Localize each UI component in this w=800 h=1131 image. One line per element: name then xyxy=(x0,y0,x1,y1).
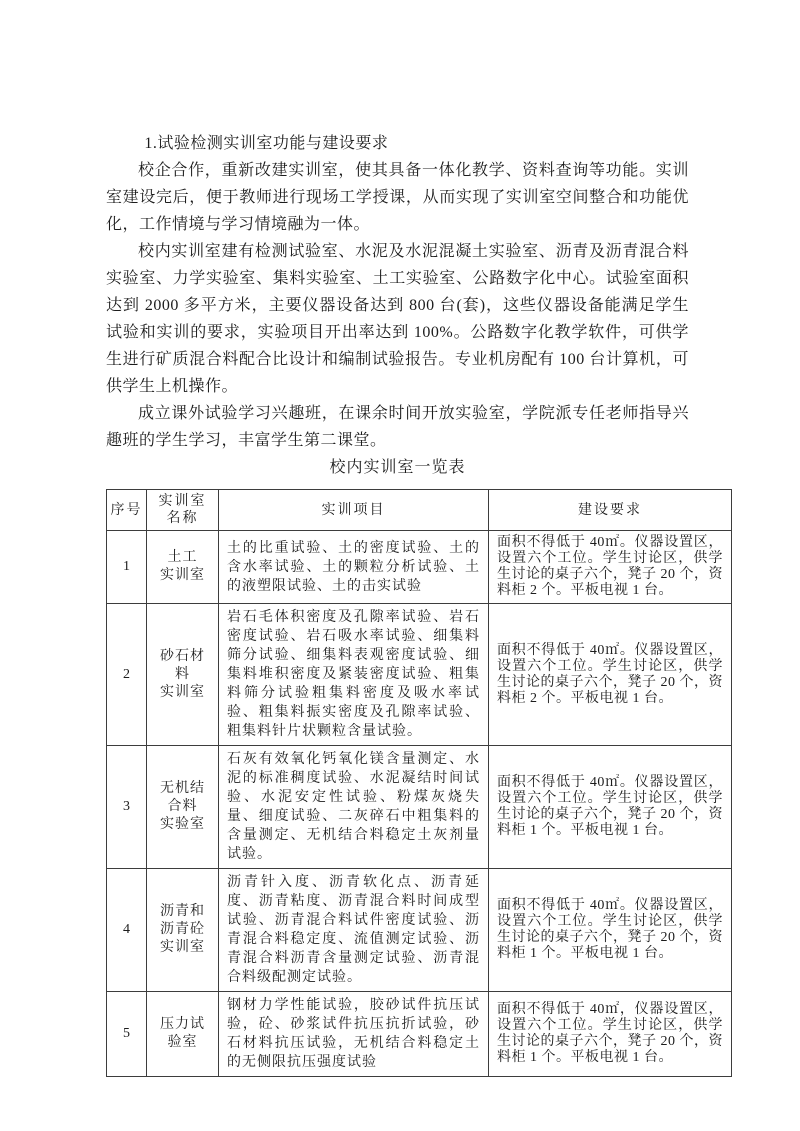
room-name: 无机结 合料 实验室 xyxy=(147,746,219,869)
room-requirements: 面积不得低于 40㎡。仪器设置区，设置六个工位。学生讨论区，供学生讨论的桌子六个… xyxy=(489,604,732,746)
document-page: 1.试验检测实训室功能与建设要求 校企合作，重新改建实训室，使其具备一体化教学、… xyxy=(0,0,800,1131)
col-header-projects: 实训项目 xyxy=(219,490,489,531)
room-requirements: 面积不得低于 40㎡，仪器设置区，设置六个工位。学生讨论区，供学生讨论的桌子六个… xyxy=(489,992,732,1077)
row-index: 3 xyxy=(107,746,147,869)
room-requirements: 面积不得低于 40㎡。仪器设置区，设置六个工位。学生讨论区，供学生讨论的桌子六个… xyxy=(489,531,732,604)
paragraph-interest-class: 成立课外试验学习兴趣班，在课余时间开放实验室，学院派专任老师指导兴趣班的学生学习… xyxy=(106,400,689,454)
room-projects: 沥青针入度、沥青软化点、沥青延度、沥青粘度、沥青混合料时间成型试验、沥青混合料试… xyxy=(219,869,489,992)
paragraph-intro: 校企合作，重新改建实训室，使其具备一体化教学、资料查询等功能。实训室建设完后，便… xyxy=(106,157,689,238)
table-row: 5 压力试 验室 钢材力学性能试验，胶砂试件抗压试验，砼、砂浆试件抗压抗折试验，… xyxy=(107,992,732,1077)
training-rooms-table: 序号 实训室 名称 实训项目 建设要求 1 土工 实训室 土的比重试验、土的密度… xyxy=(106,489,732,1077)
room-requirements: 面积不得低于 40㎡。仪器设置区，设置六个工位。学生讨论区，供学生讨论的桌子六个… xyxy=(489,869,732,992)
row-index: 4 xyxy=(107,869,147,992)
room-name: 砂石材 料 实训室 xyxy=(147,604,219,746)
room-projects: 岩石毛体积密度及孔隙率试验、岩石密度试验、岩石吸水率试验、细集料筛分试验、细集料… xyxy=(219,604,489,746)
table-row: 3 无机结 合料 实验室 石灰有效氧化钙氧化镁含量测定、水泥的标准稠度试验、水泥… xyxy=(107,746,732,869)
room-projects: 钢材力学性能试验，胶砂试件抗压试验，砼、砂浆试件抗压抗折试验，砂石材料抗压试验，… xyxy=(219,992,489,1077)
table-row: 2 砂石材 料 实训室 岩石毛体积密度及孔隙率试验、岩石密度试验、岩石吸水率试验… xyxy=(107,604,732,746)
col-header-index: 序号 xyxy=(107,490,147,531)
room-name: 沥青和 沥青砼 实训室 xyxy=(147,869,219,992)
room-name: 土工 实训室 xyxy=(147,531,219,604)
room-projects: 土的比重试验、土的密度试验、土的含水率试验、土的颗粒分析试验、土的液塑限试验、土… xyxy=(219,531,489,604)
table-row: 4 沥青和 沥青砼 实训室 沥青针入度、沥青软化点、沥青延度、沥青粘度、沥青混合… xyxy=(107,869,732,992)
col-header-room-name: 实训室 名称 xyxy=(147,490,219,531)
room-requirements: 面积不得低于 40㎡。仪器设置区，设置六个工位。学生讨论区，供学生讨论的桌子六个… xyxy=(489,746,732,869)
row-index: 1 xyxy=(107,531,147,604)
table-title: 校内实训室一览表 xyxy=(106,454,689,481)
document-content: 1.试验检测实训室功能与建设要求 校企合作，重新改建实训室，使其具备一体化教学、… xyxy=(0,0,800,1077)
col-header-requirements: 建设要求 xyxy=(489,490,732,531)
row-index: 2 xyxy=(107,604,147,746)
room-projects: 石灰有效氧化钙氧化镁含量测定、水泥的标准稠度试验、水泥凝结时间试验、水泥安定性试… xyxy=(219,746,489,869)
table-header-row: 序号 实训室 名称 实训项目 建设要求 xyxy=(107,490,732,531)
row-index: 5 xyxy=(107,992,147,1077)
paragraph-facilities: 校内实训室建有检测试验室、水泥及水泥混凝土实验室、沥青及沥青混合料实验室、力学实… xyxy=(106,238,689,400)
room-name: 压力试 验室 xyxy=(147,992,219,1077)
table-row: 1 土工 实训室 土的比重试验、土的密度试验、土的含水率试验、土的颗粒分析试验、… xyxy=(107,531,732,604)
section-heading: 1.试验检测实训室功能与建设要求 xyxy=(106,130,689,157)
